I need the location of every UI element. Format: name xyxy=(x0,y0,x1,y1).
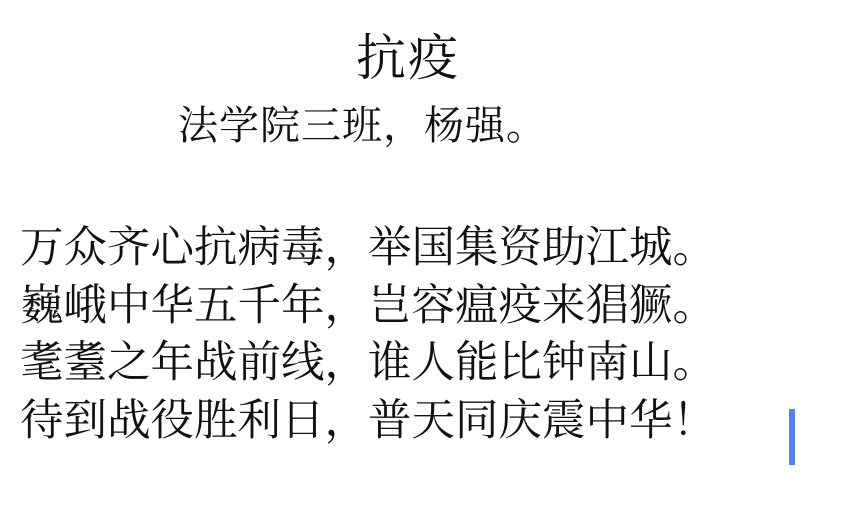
poem-byline: 法学院三班，杨强。 xyxy=(178,98,547,154)
poem-line: 巍峨中华五千年，岂容瘟疫来猖獗。 xyxy=(20,278,716,336)
poem-line: 万众齐心抗病毒，举国集资助江城。 xyxy=(20,220,716,278)
poem-line: 待到战役胜利日，普天同庆震中华！ xyxy=(20,393,716,451)
document-editor[interactable]: 抗疫 法学院三班，杨强。 万众齐心抗病毒，举国集资助江城。 巍峨中华五千年，岂容… xyxy=(0,0,860,520)
poem-line: 耄耋之年战前线，谁人能比钟南山。 xyxy=(20,335,716,393)
poem-body: 万众齐心抗病毒，举国集资助江城。 巍峨中华五千年，岂容瘟疫来猖獗。 耄耋之年战前… xyxy=(20,220,716,450)
poem-title: 抗疫 xyxy=(0,26,816,90)
text-cursor xyxy=(789,409,795,465)
